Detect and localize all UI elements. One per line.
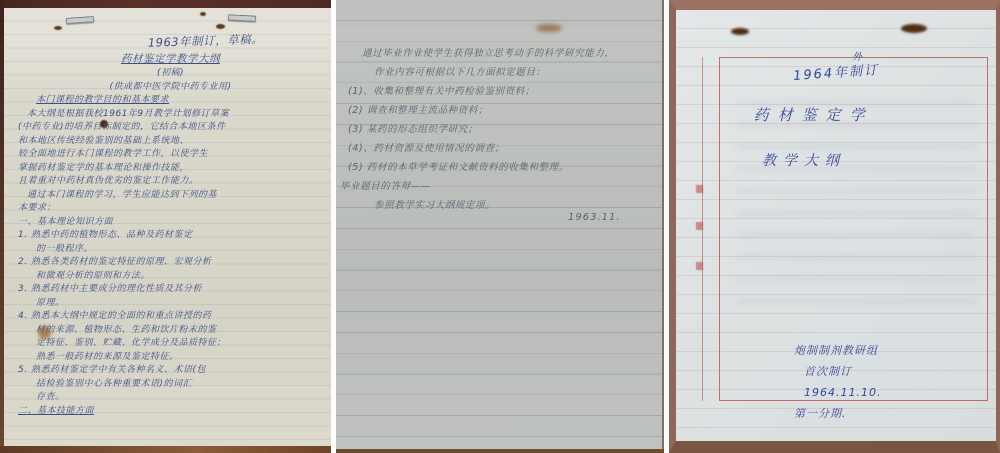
body-line: 本大纲是根据我校1961年9月教学计划修订草案 (18, 108, 323, 122)
list-item-cont: 原理。 (18, 297, 323, 311)
list-item-cont: 的一般程序。 (18, 243, 323, 257)
list-item: (2) 调查和整理主流品种资料； (348, 101, 656, 120)
manuscript-subtitle: (初稿) (18, 67, 323, 81)
list-item-cont: 定特征、鉴别、贮藏、化学成分及品质特征； (18, 337, 323, 351)
list-item: 4. 熟悉本大纲中规定的全面的和重点讲授的药 (18, 310, 323, 324)
manuscript-use-note: (供成都中医学院中药专业用) (18, 81, 323, 95)
body-line: 较全面地进行本门课程的教学工作，以使学生 (18, 148, 323, 162)
handwritten-text-left: 1963年制订，草稿。 药材鉴定学教学大纲 (初稿) (供成都中医学院中药专业用… (18, 34, 323, 418)
list-heading-1: 一、基本理论知识方面 (18, 216, 323, 230)
body-line: 和本地区传统经验鉴别的基础上系统地、 (18, 135, 323, 149)
body-line: 毕业题目的答辩—— (340, 177, 656, 196)
list-heading-2: 二、基本技能方面 (18, 405, 323, 419)
list-item: 1. 熟悉中药的植物形态、品种及药材鉴定 (18, 229, 323, 243)
staple-left (66, 16, 94, 24)
handwritten-text-middle: 通过毕业作业使学生获得独立思考动手的科学研究能力， 作业内容可根据以下几方面拟定… (348, 44, 656, 215)
list-item-cont: 和微观分析的原则和方法。 (18, 270, 323, 284)
list-item-cont: 存查。 (18, 391, 323, 405)
photo-left-1963-draft-page: 1963年制订，草稿。 药材鉴定学教学大纲 (初稿) (供成都中医学院中药专业用… (0, 0, 331, 453)
body-line: 掌握药材鉴定学的基本理论和操作技能， (18, 162, 323, 176)
list-item-cont: 熟悉一般药材的来源及鉴定特征。 (18, 351, 323, 365)
body-line: 通过本门课程的学习，学生应能达到下列的基 (18, 189, 323, 203)
list-item: 5. 熟悉药材鉴定学中有关各种名义、术语(包 (18, 364, 323, 378)
age-smudge (536, 24, 562, 32)
manuscript-paper-left: 1963年制订，草稿。 药材鉴定学教学大纲 (初稿) (供成都中医学院中药专业用… (4, 8, 331, 446)
photo-middle-1963-continuation-page: 通过毕业作业使学生获得独立思考动手的科学研究能力， 作业内容可根据以下几方面拟定… (336, 0, 664, 453)
photo-right-1964-cover-page: 外 1964年制订 药材鉴定学 教学大纲 炮制制剂教研组 首次制订 1964.1… (669, 0, 1000, 453)
desk-edge-right (662, 0, 664, 453)
desk-border-frame (669, 0, 1000, 453)
desk-edge-top (0, 0, 331, 8)
list-item: (3) 某药的形态组织学研究； (348, 120, 656, 139)
list-item: 3. 熟悉药材中主要成分的理化性质及其分析 (18, 283, 323, 297)
list-item-cont: 括检验鉴别中心各种重要术语)的词汇 (18, 378, 323, 392)
body-line: (中药专业)的培养目标制定的，它结合本地区条件 (18, 121, 323, 135)
rust-spot (54, 26, 62, 30)
list-item: (4)、药材资源及使用情况的调查； (348, 139, 656, 158)
body-line: 本要求： (18, 202, 323, 216)
section-heading: 本门课程的教学目的和基本要求 (18, 94, 323, 108)
body-line: 且着重对中药材真伪优劣的鉴定工作能力。 (18, 175, 323, 189)
date-1963-11: 1963.11. (568, 212, 621, 223)
staple-right (228, 14, 256, 21)
rust-spot (216, 24, 225, 29)
body-line: 通过毕业作业使学生获得独立思考动手的科学研究能力， (348, 44, 656, 63)
body-line: 作业内容可根据以下几方面拟定题目： (348, 63, 656, 82)
desk-edge-bottom (336, 449, 664, 453)
rust-spot (200, 12, 206, 16)
list-item: 2. 熟悉各类药材的鉴定特征的原理、宏观分析 (18, 256, 323, 270)
list-item: (1)、收集和整理有关中药检验鉴别资料； (348, 82, 656, 101)
desk-edge-bottom (0, 446, 331, 453)
manuscript-paper-middle: 通过毕业作业使学生获得独立思考动手的科学研究能力， 作业内容可根据以下几方面拟定… (336, 0, 662, 449)
list-item: (5) 药材的本草学考证和文献资料的收集和整理。 (348, 158, 656, 177)
photo-strip: 1963年制订，草稿。 药材鉴定学教学大纲 (初稿) (供成都中医学院中药专业用… (0, 0, 1000, 453)
list-item-cont: 材的来源、植物形态、生药和饮片粉末的鉴 (18, 324, 323, 338)
